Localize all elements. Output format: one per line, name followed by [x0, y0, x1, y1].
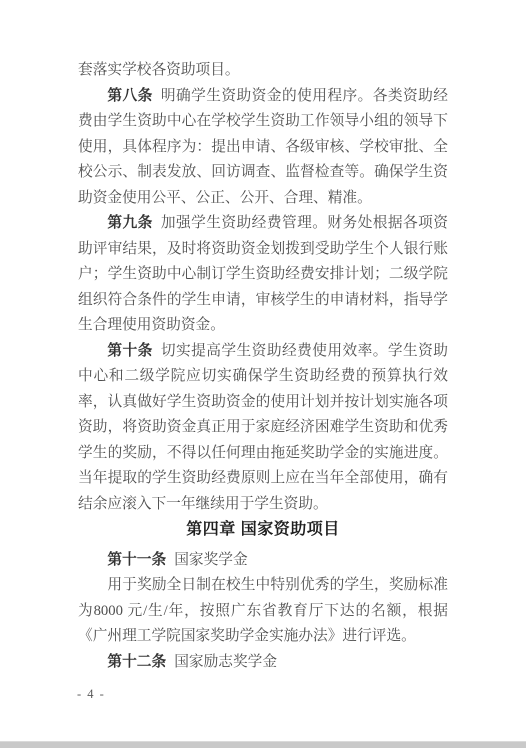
article-number: 第九条 — [107, 215, 152, 231]
viewer-bottom-edge — [0, 741, 526, 748]
page-content: 套落实学校各资助项目。第八条明确学生资助资金的使用程序。各类资助经费由学生资助中… — [78, 58, 448, 675]
paragraph: 第九条加强学生资助经费管理。财务处根据各项资助评审结果，及时将资助资金划拨到受助… — [78, 211, 448, 339]
paragraph: 第十一条国家奖学金 — [78, 548, 448, 574]
article-number: 第十条 — [107, 343, 152, 359]
paragraph-text: 国家奖学金 — [174, 552, 247, 568]
paragraph-text: 套落实学校各资助项目。 — [78, 62, 240, 78]
paragraph-text: 用于奖励全日制在校生中特别优秀的学生，奖励标准为8000 元/生/年，按照广东省… — [78, 577, 448, 644]
paragraph-text: 加强学生资助经费管理。财务处根据各项资助评审结果，及时将资助资金划拨到受助学生个… — [78, 215, 448, 333]
paragraph: 第十条切实提高学生资助经费使用效率。学生资助中心和二级学院应切实确保学生资助经费… — [78, 339, 448, 518]
chapter-heading: 第四章 国家资助项目 — [78, 517, 448, 543]
page-number: - 4 - — [77, 686, 105, 702]
paragraph: 第十二条国家励志奖学金 — [78, 650, 448, 676]
paragraph: 第八条明确学生资助资金的使用程序。各类资助经费由学生资助中心在学校学生资助工作领… — [78, 84, 448, 212]
paragraph-text: 切实提高学生资助经费使用效率。学生资助中心和二级学院应切实确保学生资助经费的预算… — [78, 343, 448, 512]
paragraph-text: 国家励志奖学金 — [174, 654, 277, 670]
article-number: 第八条 — [107, 88, 152, 104]
paragraph-text: 明确学生资助资金的使用程序。各类资助经费由学生资助中心在学校学生资助工作领导小组… — [78, 88, 448, 206]
paragraph: 套落实学校各资助项目。 — [78, 58, 448, 84]
article-number: 第十二条 — [107, 654, 166, 670]
article-number: 第十一条 — [107, 552, 166, 568]
document-page: 套落实学校各资助项目。第八条明确学生资助资金的使用程序。各类资助经费由学生资助中… — [0, 0, 526, 748]
paragraph: 用于奖励全日制在校生中特别优秀的学生，奖励标准为8000 元/生/年，按照广东省… — [78, 573, 448, 650]
